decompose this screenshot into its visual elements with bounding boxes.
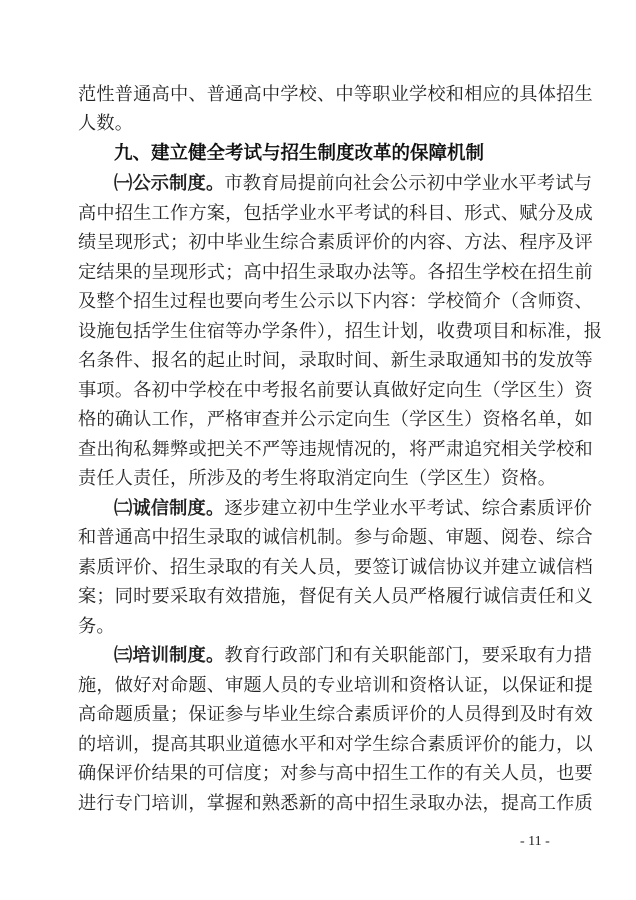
text-line: 案；同时要采取有效措施，督促有关人员严格履行诚信责任和义 bbox=[78, 582, 562, 612]
text-line: 名条件、报名的起止时间，录取时间、新生录取通知书的发放等 bbox=[78, 346, 562, 376]
paragraph-lead: ㈠公示制度。 bbox=[114, 173, 224, 194]
text-line: 高中招生工作方案，包括学业水平考试的科目、形式、赋分及成 bbox=[78, 199, 562, 229]
text-span: 教育行政部门和有关职能部门，要采取有力措 bbox=[224, 645, 592, 666]
text-line: 确保评价结果的可信度；对参与高中招生工作的有关人员，也要 bbox=[78, 759, 562, 789]
paragraph-lead: ㈢培训制度。 bbox=[114, 645, 224, 666]
text-line: 和普通高中招生录取的诚信机制。参与命题、审题、阅卷、综合 bbox=[78, 523, 562, 553]
text-line: 设施包括学生住宿等办学条件），招生计划，收费项目和标准，报 bbox=[78, 317, 562, 347]
text-span: 逐步建立初中生学业水平考试、综合素质评价 bbox=[224, 498, 592, 519]
text-line: 进行专门培训，掌握和熟悉新的高中招生录取办法，提高工作质 bbox=[78, 789, 562, 819]
text-line: 人数。 bbox=[78, 109, 562, 139]
text-line: 素质评价、招生录取的有关人员，要签订诚信协议并建立诚信档 bbox=[78, 553, 562, 583]
text-line: 格的确认工作，严格审查并公示定向生（学区生）资格名单，如 bbox=[78, 405, 562, 435]
paragraph-first-line: ㈠公示制度。市教育局提前向社会公示初中学业水平考试与 bbox=[114, 169, 562, 199]
page-number: - 11 - bbox=[520, 834, 550, 850]
text-line: 定结果的呈现形式；高中招生录取办法等。各招生学校在招生前 bbox=[78, 258, 562, 288]
text-line: 的培训，提高其职业道德水平和对学生综合素质评价的能力，以 bbox=[78, 730, 562, 760]
paragraph-first-line: ㈢培训制度。教育行政部门和有关职能部门，要采取有力措 bbox=[114, 641, 562, 671]
text-line: 务。 bbox=[78, 612, 562, 642]
text-line: 查出徇私舞弊或把关不严等违规情况的，将严肃追究相关学校和 bbox=[78, 435, 562, 465]
text-line: 事项。各初中学校在中考报名前要认真做好定向生（学区生）资 bbox=[78, 376, 562, 406]
text-line: 高命题质量；保证参与毕业生综合素质评价的人员得到及时有效 bbox=[78, 700, 562, 730]
text-line: 责任人责任，所涉及的考生将取消定向生（学区生）资格。 bbox=[78, 464, 562, 494]
text-line: 绩呈现形式；初中毕业生综合素质评价的内容、方法、程序及评 bbox=[78, 228, 562, 258]
paragraph-lead: ㈡诚信制度。 bbox=[114, 498, 224, 519]
text-line: 范性普通高中、普通高中学校、中等职业学校和相应的具体招生 bbox=[78, 80, 562, 110]
text-span: 市教育局提前向社会公示初中学业水平考试与 bbox=[224, 173, 592, 194]
text-line: 及整个招生过程也要向考生公示以下内容：学校简介（含师资、 bbox=[78, 287, 562, 317]
section-heading: 九、建立健全考试与招生制度改革的保障机制 bbox=[114, 139, 484, 169]
text-line: 施，做好对命题、审题人员的专业培训和资格认证，以保证和提 bbox=[78, 671, 562, 701]
paragraph-first-line: ㈡诚信制度。逐步建立初中生学业水平考试、综合素质评价 bbox=[114, 494, 562, 524]
